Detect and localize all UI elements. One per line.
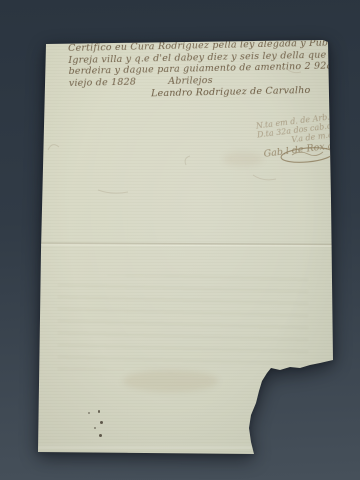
ink-speck	[100, 421, 103, 424]
paper-edge-highlight	[38, 444, 335, 449]
ink-speck	[94, 427, 96, 429]
document-paper: Certifico eu Cura Rodriguez pella ley al…	[38, 40, 335, 455]
ink-speck	[88, 412, 90, 414]
photo-background: Certifico eu Cura Rodriguez pella ley al…	[0, 0, 360, 480]
faint-pen-marks	[38, 40, 335, 455]
paper-shadow: Certifico eu Cura Rodriguez pella ley al…	[38, 40, 335, 455]
ink-speck	[98, 410, 100, 413]
ink-speck	[99, 434, 102, 437]
